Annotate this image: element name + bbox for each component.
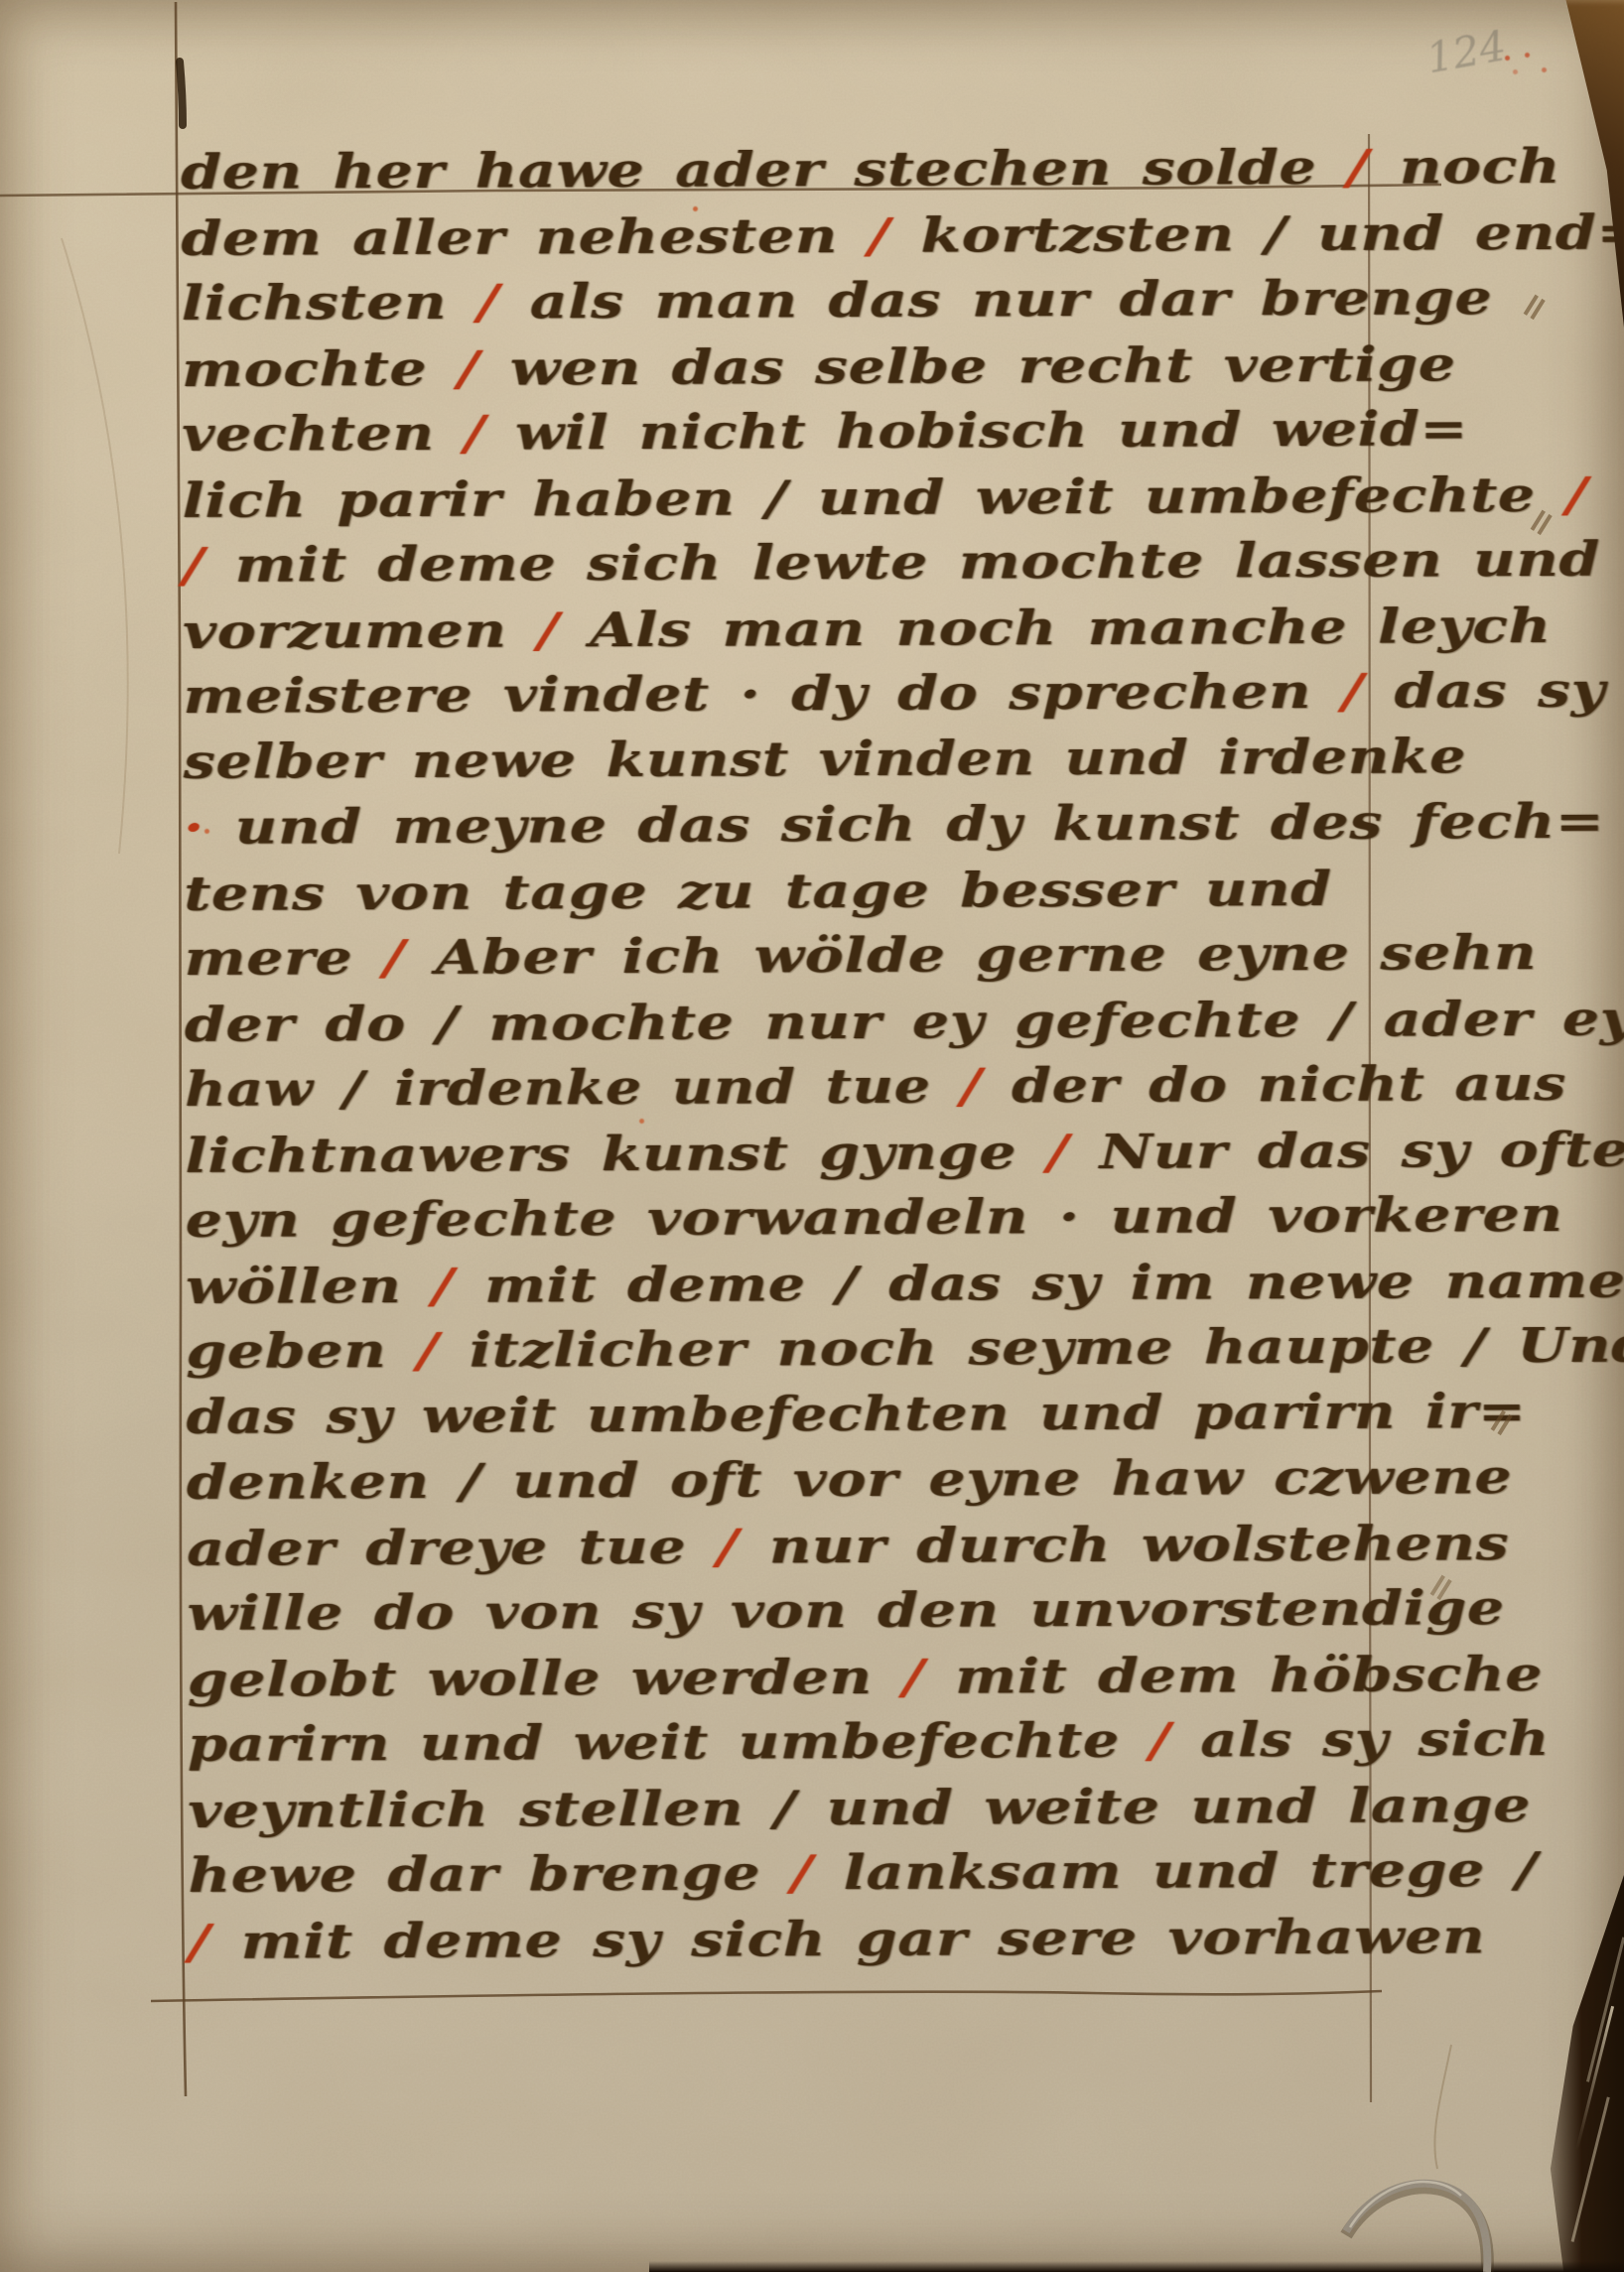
ink-text: das sy weit umbefechten und parirn ir= xyxy=(186,1384,1526,1445)
rubric-mark: / xyxy=(1047,1125,1069,1180)
clasp-wire-shadow xyxy=(1346,2188,1487,2272)
manuscript-line: parirn und weit umbefechte / als sy sich xyxy=(188,1705,1624,1778)
ink-text: tens von tage zu tage besser und xyxy=(184,862,1332,922)
ink-text: meistere vindet · dy do sprechen xyxy=(183,664,1342,725)
manuscript-line: das sy weit umbefechten und parirn ir= xyxy=(186,1378,1624,1450)
manuscript-line: meistere vindet · dy do sprechen / das s… xyxy=(183,657,1624,730)
rubric-mark: / xyxy=(464,406,485,462)
manuscript-line: wille do von sy von den unvorstendige xyxy=(187,1574,1624,1647)
ink-text: mit dem höbsche xyxy=(924,1647,1543,1705)
ink-text: lichsten xyxy=(182,275,477,332)
rubric-mark: / xyxy=(960,1058,982,1114)
ink-text: und meyne das sich dy kunst des fech= xyxy=(204,794,1605,856)
manuscript-line: ader dreye tue / nur durch wolstehens xyxy=(187,1510,1624,1582)
manuscript-line: · und meyne das sich dy kunst des fech= xyxy=(184,788,1624,861)
rubric-mark: / xyxy=(902,1650,924,1705)
ink-text: lich parir haben / und weit umbefechte xyxy=(182,468,1565,529)
rubric-mark: / xyxy=(1565,468,1587,523)
manuscript-line: den her hawe ader stechen solde / noch xyxy=(181,133,1624,205)
ink-text: noch xyxy=(1369,139,1560,196)
folio-number-pencil: 124 xyxy=(1422,21,1509,82)
ink-text: den her hawe ader stechen solde xyxy=(181,140,1347,200)
ink-text: parirn und weit umbefechte xyxy=(188,1713,1150,1773)
ink-text: vorzumen xyxy=(183,602,537,660)
clasp-wire xyxy=(1346,2184,1487,2272)
manuscript-line: der do / mochte nur ey gefechte / ader e… xyxy=(185,986,1624,1058)
page-bottom-edge-shadow xyxy=(649,2261,1624,2272)
ink-text: lanksam und trege / xyxy=(813,1842,1538,1901)
rubric-mark: / xyxy=(1347,140,1369,196)
ink-text: haw / irdenke und tue xyxy=(185,1059,961,1118)
text-block: den her hawe ader stechen solde / nochde… xyxy=(181,134,1539,1974)
ink-text: gelobt wolle werden xyxy=(188,1650,903,1708)
manuscript-line: lich parir haben / und weit umbefechte / xyxy=(182,462,1624,534)
manuscript-line: selber newe kunst vinden und irdenke xyxy=(184,723,1624,795)
rubric-mark: / xyxy=(1150,1713,1171,1769)
ruling-line-bottom xyxy=(151,1991,1382,2001)
rubric-mark: / xyxy=(717,1520,739,1575)
manuscript-line: haw / irdenke und tue / der do nicht aus xyxy=(185,1050,1624,1123)
manuscript-line: wöllen / mit deme / das sy im newe name xyxy=(186,1248,1624,1320)
manuscript-line: dem aller nehesten / kortzsten / und end… xyxy=(181,200,1624,272)
ink-text: mit deme / das sy im newe name xyxy=(454,1254,1624,1314)
ink-text: der do / mochte nur ey gefechte / ader e… xyxy=(185,991,1624,1053)
rubric-mark: · xyxy=(184,800,204,856)
manuscript-line: hewe dar brenge / lanksam und trege / xyxy=(188,1836,1624,1909)
rubric-mark: / xyxy=(869,208,890,264)
rubric-mark: / xyxy=(791,1845,813,1901)
book-cover-background: den her hawe ader stechen solde / nochde… xyxy=(0,0,1624,2272)
ink-text: wille do von sy von den unvorstendige xyxy=(187,1580,1505,1642)
ink-text: der do nicht aus xyxy=(982,1056,1566,1115)
rubric-mark: / xyxy=(1342,664,1364,720)
rubric-mark: / xyxy=(477,275,499,331)
rubric-mark: / xyxy=(458,341,479,397)
manuscript-line: mochte / wen das selbe recht vertige xyxy=(182,331,1624,403)
ink-text: ader dreye tue xyxy=(187,1520,717,1577)
manuscript-line: geben / itzlicher noch seyme haupte / Un… xyxy=(186,1312,1624,1385)
clasp-wire-highlight xyxy=(1350,2182,1461,2227)
manuscript-line: vechten / wil nicht hobisch und weid= xyxy=(182,395,1624,468)
rubric-mark: / xyxy=(537,602,559,658)
ink-text: Aber ich wölde gerne eyne sehn xyxy=(405,925,1537,986)
manuscript-line: / mit deme sy sich gar sere vorhawen xyxy=(189,1903,1624,1975)
manuscript-line: lichsten / als man das nur dar brenge xyxy=(182,264,1624,336)
rubric-mark: / xyxy=(383,930,405,986)
red-ink-specks xyxy=(1505,56,1510,61)
parchment-crease xyxy=(62,238,128,854)
ink-text: denken / und oft vor eyne haw czwene xyxy=(187,1449,1513,1511)
ink-text: wöllen xyxy=(186,1259,432,1315)
manuscript-page: den her hawe ader stechen solde / nochde… xyxy=(0,0,1624,2272)
ink-text: mere xyxy=(184,930,383,987)
manuscript-line: eyn gefechte vorwandeln · und vorkeren xyxy=(186,1181,1624,1254)
manuscript-line: / mit deme sich lewte mochte lassen und xyxy=(183,526,1624,599)
ink-text: eyn gefechte vorwandeln · und vorkeren xyxy=(186,1187,1563,1249)
rubric-mark: / xyxy=(432,1259,454,1314)
ink-text: selber newe kunst vinden und irdenke xyxy=(184,729,1467,790)
ruling-line-left-ink-blob xyxy=(180,62,183,125)
ink-text: als sy sich xyxy=(1170,1711,1550,1769)
parchment-crease-bottom xyxy=(1434,2045,1451,2169)
ink-text: veyntlich stellen / und weite und lange xyxy=(188,1778,1531,1839)
manuscript-line: mere / Aber ich wölde gerne eyne sehn xyxy=(184,919,1624,992)
manuscript-line: veyntlich stellen / und weite und lange xyxy=(188,1772,1624,1844)
manuscript-line: tens von tage zu tage besser und xyxy=(184,855,1624,927)
ink-text: als man das nur dar brenge xyxy=(499,270,1493,330)
rubric-mark: / xyxy=(189,1915,210,1970)
rubric-mark: / xyxy=(183,538,204,594)
ink-text: dem aller nehesten xyxy=(181,208,869,267)
ink-text: lichtnawers kunst gynge xyxy=(185,1125,1047,1184)
ink-text: hewe dar brenge xyxy=(188,1845,791,1904)
ink-text: Nur das sy ofte xyxy=(1069,1123,1624,1180)
ink-text: nur durch wolstehens xyxy=(739,1516,1509,1574)
ink-text: kortzsten / und end= xyxy=(890,205,1624,264)
ink-text: Als man noch manche leych xyxy=(559,599,1552,658)
ink-text: wen das selbe recht vertige xyxy=(479,336,1456,396)
manuscript-line: gelobt wolle werden / mit dem höbsche xyxy=(188,1641,1624,1713)
ink-text: mit deme sy sich gar sere vorhawen xyxy=(210,1909,1486,1970)
ink-text: itzlicher noch seyme haupte / Und xyxy=(439,1318,1624,1379)
ink-text: mochte xyxy=(182,341,458,398)
manuscript-line: vorzumen / Als man noch manche leych xyxy=(183,593,1624,665)
ink-text: mit deme sich lewte mochte lassen und xyxy=(204,532,1600,594)
ink-text: wil nicht hobisch und weid= xyxy=(485,401,1468,461)
ink-text: geben xyxy=(186,1323,417,1380)
manuscript-line: lichtnawers kunst gynge / Nur das sy oft… xyxy=(185,1117,1624,1189)
ink-text: das sy xyxy=(1364,663,1606,720)
manuscript-line: denken / und oft vor eyne haw czwene xyxy=(187,1443,1624,1516)
rubric-mark: / xyxy=(417,1323,439,1379)
ink-text: vechten xyxy=(182,406,465,463)
